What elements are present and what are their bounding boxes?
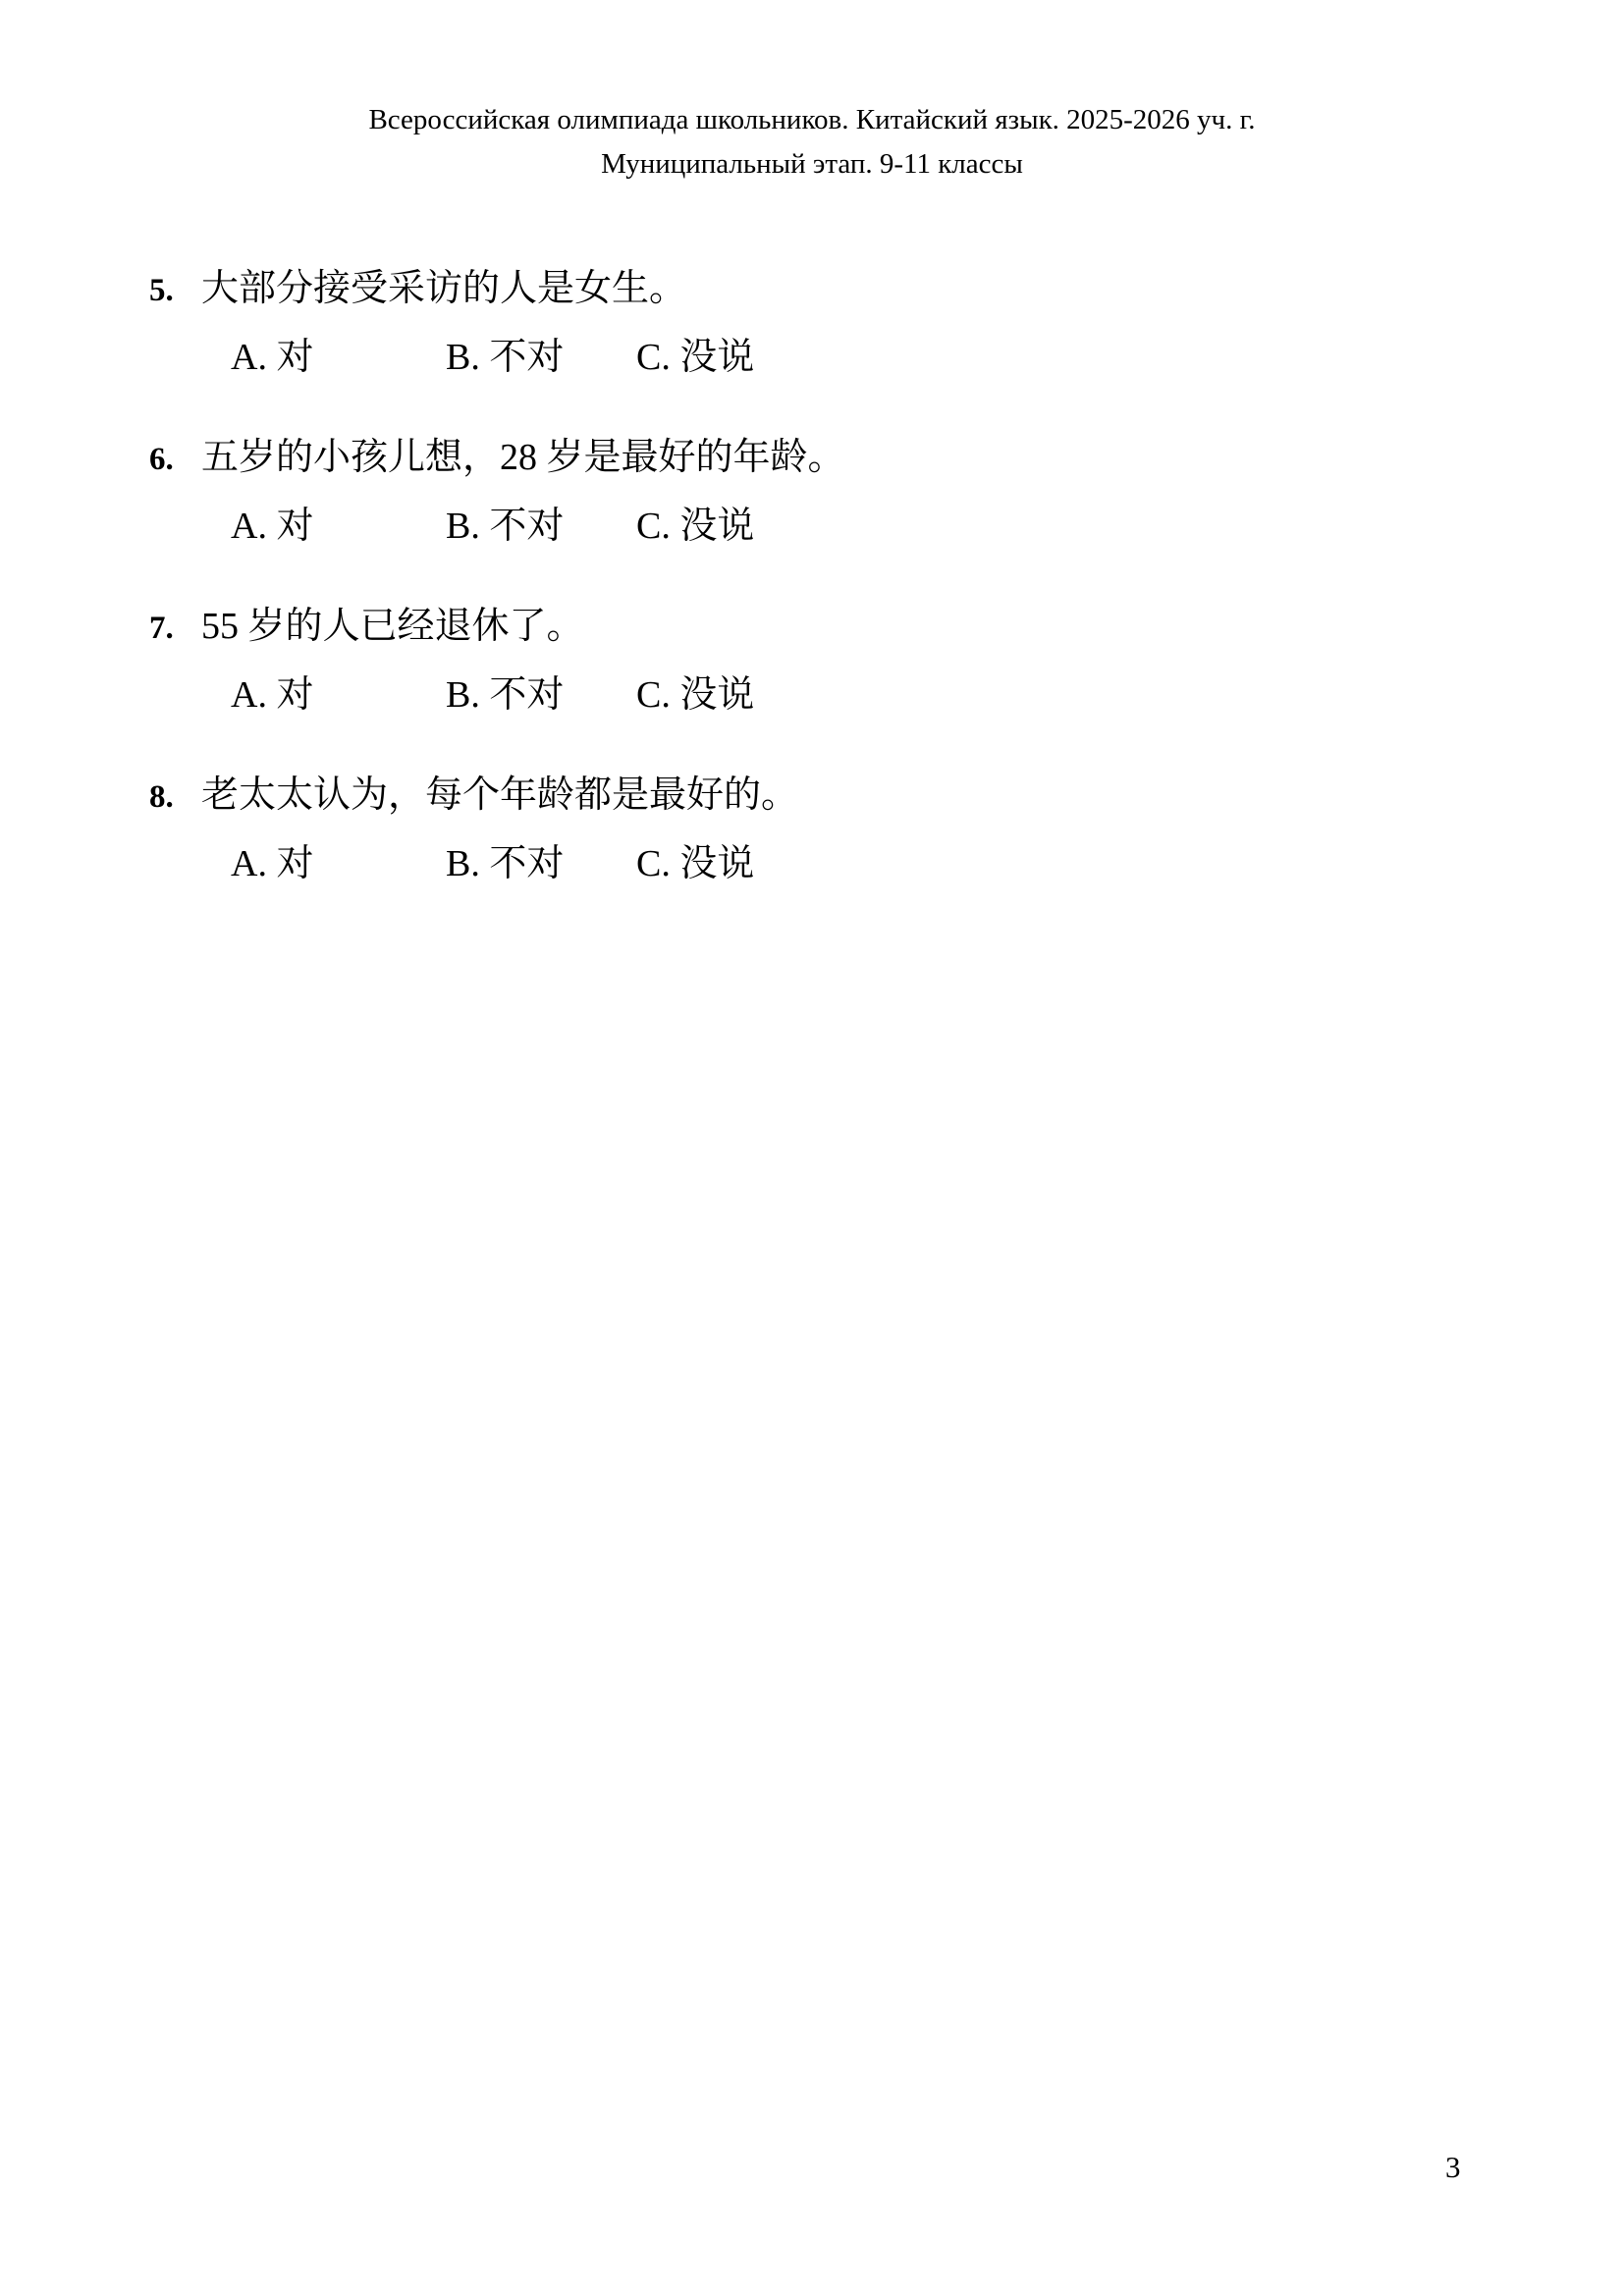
- option-a: A. 对: [231, 838, 446, 889]
- option-a: A. 对: [231, 669, 446, 721]
- option-a: A. 对: [231, 501, 446, 552]
- option-b: B. 不对: [446, 501, 636, 552]
- page-number: 3: [1445, 2148, 1461, 2187]
- question-number: 8.: [149, 772, 201, 823]
- question-number: 6.: [149, 434, 201, 485]
- document-page: Всероссийская олимпиада школьников. Кита…: [0, 0, 1624, 2296]
- question-text: 五岁的小孩儿想，28 岁是最好的年龄。: [201, 432, 845, 483]
- question-5-line: 5. 大部分接受采访的人是女生。: [149, 263, 845, 316]
- question-number: 7.: [149, 603, 201, 654]
- question-text: 55 岁的人已经退休了。: [201, 601, 584, 652]
- question-8-options: A. 对 B. 不对 C. 没说: [149, 838, 845, 889]
- question-7-options: A. 对 B. 不对 C. 没说: [149, 669, 845, 721]
- questions-list: 5. 大部分接受采访的人是女生。 A. 对 B. 不对 C. 没说 6. 五岁的…: [149, 263, 845, 938]
- question-8-line: 8. 老太太认为，每个年龄都是最好的。: [149, 770, 845, 823]
- question-text: 老太太认为，每个年龄都是最好的。: [201, 770, 798, 821]
- option-a: A. 对: [231, 332, 446, 383]
- question-5-options: A. 对 B. 不对 C. 没说: [149, 332, 845, 383]
- question-6-options: A. 对 B. 不对 C. 没说: [149, 501, 845, 552]
- question-5: 5. 大部分接受采访的人是女生。 A. 对 B. 不对 C. 没说: [149, 263, 845, 383]
- question-6-line: 6. 五岁的小孩儿想，28 岁是最好的年龄。: [149, 432, 845, 485]
- question-7: 7. 55 岁的人已经退休了。 A. 对 B. 不对 C. 没说: [149, 601, 845, 721]
- header-title-line2: Муниципальный этап. 9-11 классы: [0, 142, 1624, 187]
- page-header: Всероссийская олимпиада школьников. Кита…: [0, 98, 1624, 187]
- question-text: 大部分接受采访的人是女生。: [201, 263, 686, 314]
- question-7-line: 7. 55 岁的人已经退休了。: [149, 601, 845, 654]
- header-title-line1: Всероссийская олимпиада школьников. Кита…: [0, 98, 1624, 142]
- option-b: B. 不对: [446, 669, 636, 721]
- question-6: 6. 五岁的小孩儿想，28 岁是最好的年龄。 A. 对 B. 不对 C. 没说: [149, 432, 845, 552]
- option-b: B. 不对: [446, 838, 636, 889]
- option-c: C. 没说: [636, 669, 754, 721]
- option-c: C. 没说: [636, 332, 754, 383]
- option-c: C. 没说: [636, 501, 754, 552]
- option-b: B. 不对: [446, 332, 636, 383]
- option-c: C. 没说: [636, 838, 754, 889]
- question-number: 5.: [149, 265, 201, 316]
- question-8: 8. 老太太认为，每个年龄都是最好的。 A. 对 B. 不对 C. 没说: [149, 770, 845, 889]
